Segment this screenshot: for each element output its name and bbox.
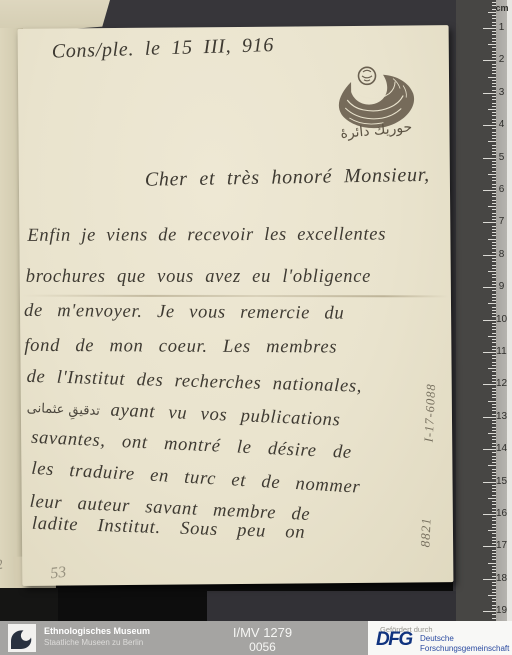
ruler-tick	[492, 180, 496, 181]
ruler-tick	[492, 342, 496, 343]
museum-logo	[8, 624, 36, 652]
ruler-tick	[492, 80, 496, 81]
table-shadow-right	[205, 591, 456, 621]
ruler-tick	[492, 371, 496, 372]
ruler-mark-label: 6	[495, 184, 508, 195]
letter-dateline: Cons/ple. le 15 III, 916	[51, 34, 274, 64]
ruler-mark-label: 13	[495, 411, 508, 422]
ruler-tick	[492, 556, 496, 557]
ruler-tick	[492, 404, 496, 405]
ruler-tick	[488, 465, 496, 466]
ruler-mark-label: 2	[495, 54, 508, 65]
ruler-unit-label: cm	[494, 3, 510, 13]
ruler-tick	[488, 498, 496, 499]
ruler-tick	[492, 436, 496, 437]
cm-ruler: cm 12345678910111213141516171819	[482, 0, 512, 621]
letter-salutation: Cher et très honoré Monsieur,	[145, 164, 430, 192]
letter-line: fond de mon coeur. Les membres	[24, 336, 337, 359]
ruler-tick	[492, 365, 496, 366]
ruler-tick	[492, 592, 496, 593]
ruler-tick	[492, 300, 496, 301]
ruler-tick	[492, 229, 496, 230]
ruler-tick	[488, 303, 496, 304]
ruler-tick	[492, 2, 496, 3]
ruler-tick	[492, 83, 496, 84]
ruler-tick	[492, 310, 496, 311]
ruler-tick	[492, 112, 496, 113]
ruler-mark-label: 16	[495, 508, 508, 519]
letter-page: Cons/ple. le 15 III, 916 حوريك دائرۀ Che…	[18, 25, 454, 586]
letter-line-mixed: تدقيقِ عثمانی ayant vu vos publications	[26, 397, 340, 432]
ruler-mark-label: 14	[495, 443, 508, 454]
ruler-tick	[492, 472, 496, 473]
ruler-tick	[492, 274, 496, 275]
ruler-tick	[492, 488, 496, 489]
ruler-tick	[492, 423, 496, 424]
ruler-tick	[492, 495, 496, 496]
letter-line: Enfin je viens de recevoir les excellent…	[27, 225, 386, 247]
ruler-tick	[492, 9, 496, 10]
ruler-tick	[492, 459, 496, 460]
letter-line: brochures que vous avez eu l'obligence	[26, 267, 371, 288]
ruler-tick	[492, 103, 496, 104]
ruler-tick	[492, 51, 496, 52]
ruler-tick	[492, 294, 496, 295]
ruler-tick	[492, 177, 496, 178]
ruler-tick	[492, 358, 496, 359]
letter-line: de m'envoyer. Je vous remercie du	[24, 301, 344, 325]
ruler-tick	[492, 439, 496, 440]
ruler-tick	[492, 200, 496, 201]
ruler-tick	[492, 394, 496, 395]
pencil-folio-number: 53	[49, 564, 67, 584]
ruler-tick	[488, 77, 496, 78]
ruler-tick	[492, 537, 496, 538]
inventory-number: I/MV 1279	[190, 625, 335, 640]
ruler-tick	[492, 569, 496, 570]
ruler-tick	[492, 553, 496, 554]
ruler-tick	[492, 171, 496, 172]
ruler-tick	[492, 99, 496, 100]
dfg-funding-box: Gefördert durch DFG Deutsche Forschungsg…	[368, 621, 512, 655]
ruler-mark-label: 3	[495, 87, 508, 98]
ruler-tick	[492, 115, 496, 116]
ruler-tick	[492, 524, 496, 525]
ruler-mark-label: 5	[495, 152, 508, 163]
ruler-tick	[492, 527, 496, 528]
ruler-tick	[492, 138, 496, 139]
ruler-tick	[492, 213, 496, 214]
ruler-mark-label: 1	[495, 22, 508, 33]
ruler-tick	[492, 491, 496, 492]
ruler-tick	[492, 504, 496, 505]
ruler-tick	[492, 391, 496, 392]
ruler-mark-label: 19	[495, 605, 508, 616]
ruler-tick	[492, 209, 496, 210]
funder-name-line1: Deutsche	[420, 634, 454, 643]
ruler-tick	[488, 12, 496, 13]
museum-subtitle: Staatliche Museen zu Berlin	[44, 638, 143, 647]
ruler-tick	[492, 456, 496, 457]
ruler-tick	[492, 601, 496, 602]
ruler-tick	[492, 34, 496, 35]
ruler-tick	[492, 196, 496, 197]
fold-crease	[22, 295, 448, 298]
ruler-tick	[492, 67, 496, 68]
ruler-tick	[488, 595, 496, 596]
letter-line: savantes, ont montré le désire de	[31, 428, 353, 464]
ruler-mark-label: 12	[495, 378, 508, 389]
ruler-mark-label: 4	[495, 119, 508, 130]
margin-code-vertical: I-17-6088	[422, 383, 440, 443]
ruler-tick	[492, 70, 496, 71]
ruler-tick	[492, 333, 496, 334]
ruler-tick	[492, 501, 496, 502]
table-shadow-left	[52, 589, 207, 621]
ruler-tick	[488, 239, 496, 240]
ruler-tick	[492, 277, 496, 278]
ruler-tick	[492, 362, 496, 363]
ruler-tick	[492, 520, 496, 521]
ruler-tick	[488, 563, 496, 564]
ruler-tick	[488, 401, 496, 402]
ruler-tick	[488, 368, 496, 369]
ruler-tick	[492, 242, 496, 243]
ruler-mark-label: 11	[495, 346, 508, 357]
ruler-tick	[492, 326, 496, 327]
margin-number-vertical: 8821	[417, 517, 434, 548]
ruler-tick	[488, 174, 496, 175]
ruler-mark-label: 17	[495, 540, 508, 551]
ruler-tick	[492, 5, 496, 6]
ruler-tick	[492, 145, 496, 146]
ruler-tick	[492, 533, 496, 534]
ruler-tick	[492, 339, 496, 340]
ruler-tick	[492, 132, 496, 133]
ruler-tick	[492, 375, 496, 376]
ruler-tick	[492, 47, 496, 48]
ruler-tick	[492, 589, 496, 590]
ruler-tick	[492, 268, 496, 269]
wave-icon	[8, 624, 36, 652]
ruler-tick	[492, 245, 496, 246]
museum-name: Ethnologisches Museum	[44, 626, 150, 636]
letter-line: de l'Institut des recherches nationales,	[26, 367, 362, 398]
ruler-tick	[492, 598, 496, 599]
ruler-tick	[492, 106, 496, 107]
letter-line: les traduire en turc et de nommer	[31, 459, 361, 499]
ruler-mark-label: 7	[495, 216, 508, 227]
pencil-edge-number: 2	[0, 558, 4, 575]
ruler-mark-label: 9	[495, 281, 508, 292]
ruler-mark-label: 18	[495, 573, 508, 584]
ruler-tick	[488, 206, 496, 207]
letter-line: ayant vu vos publications	[110, 400, 341, 430]
ruler-tick	[492, 203, 496, 204]
ruler-tick	[492, 397, 496, 398]
letter-arabic-gloss: تدقيقِ عثمانی	[27, 401, 101, 419]
ruler-tick	[488, 44, 496, 45]
footer-bar: Ethnologisches Museum Staatliche Museen …	[0, 621, 512, 655]
ruler-tick	[492, 232, 496, 233]
scan-photo: 2 Cons/ple. le 15 III, 916 حوريك دائرۀ C…	[0, 0, 512, 621]
ruler-tick	[492, 261, 496, 262]
ruler-tick	[488, 109, 496, 110]
page-number: 0056	[190, 640, 335, 654]
dfg-logo: DFG	[376, 629, 412, 651]
ruler-tick	[492, 585, 496, 586]
ruler-tick	[488, 141, 496, 142]
ruler-tick	[492, 329, 496, 330]
ruler-tick	[492, 469, 496, 470]
ruler-tick	[492, 566, 496, 567]
ruler-tick	[492, 73, 496, 74]
ruler-tick	[492, 559, 496, 560]
ruler-tick	[492, 430, 496, 431]
ruler-tick	[492, 618, 496, 619]
ruler-tick	[492, 307, 496, 308]
ruler-tick	[492, 167, 496, 168]
funder-name-line2: Forschungsgemeinschaft	[420, 644, 509, 653]
ruler-tick	[492, 148, 496, 149]
ruler-tick	[492, 462, 496, 463]
table-shadow-corner	[0, 588, 58, 621]
ruler-tick	[492, 164, 496, 165]
ruler-tick	[492, 427, 496, 428]
ruler-mark-label: 10	[495, 314, 508, 325]
ruler-tick	[488, 530, 496, 531]
ruler-tick	[488, 271, 496, 272]
ruler-tick	[492, 407, 496, 408]
ruler-tick	[492, 235, 496, 236]
ruler-tick	[492, 18, 496, 19]
ruler-tick	[492, 15, 496, 16]
ruler-tick	[488, 336, 496, 337]
ruler-tick	[492, 41, 496, 42]
ruler-tick	[492, 265, 496, 266]
ruler-tick	[492, 135, 496, 136]
ruler-tick	[492, 38, 496, 39]
ruler-mark-label: 8	[495, 249, 508, 260]
ruler-tick	[492, 297, 496, 298]
ruler-tick	[488, 433, 496, 434]
ruler-mark-label: 15	[495, 476, 508, 487]
